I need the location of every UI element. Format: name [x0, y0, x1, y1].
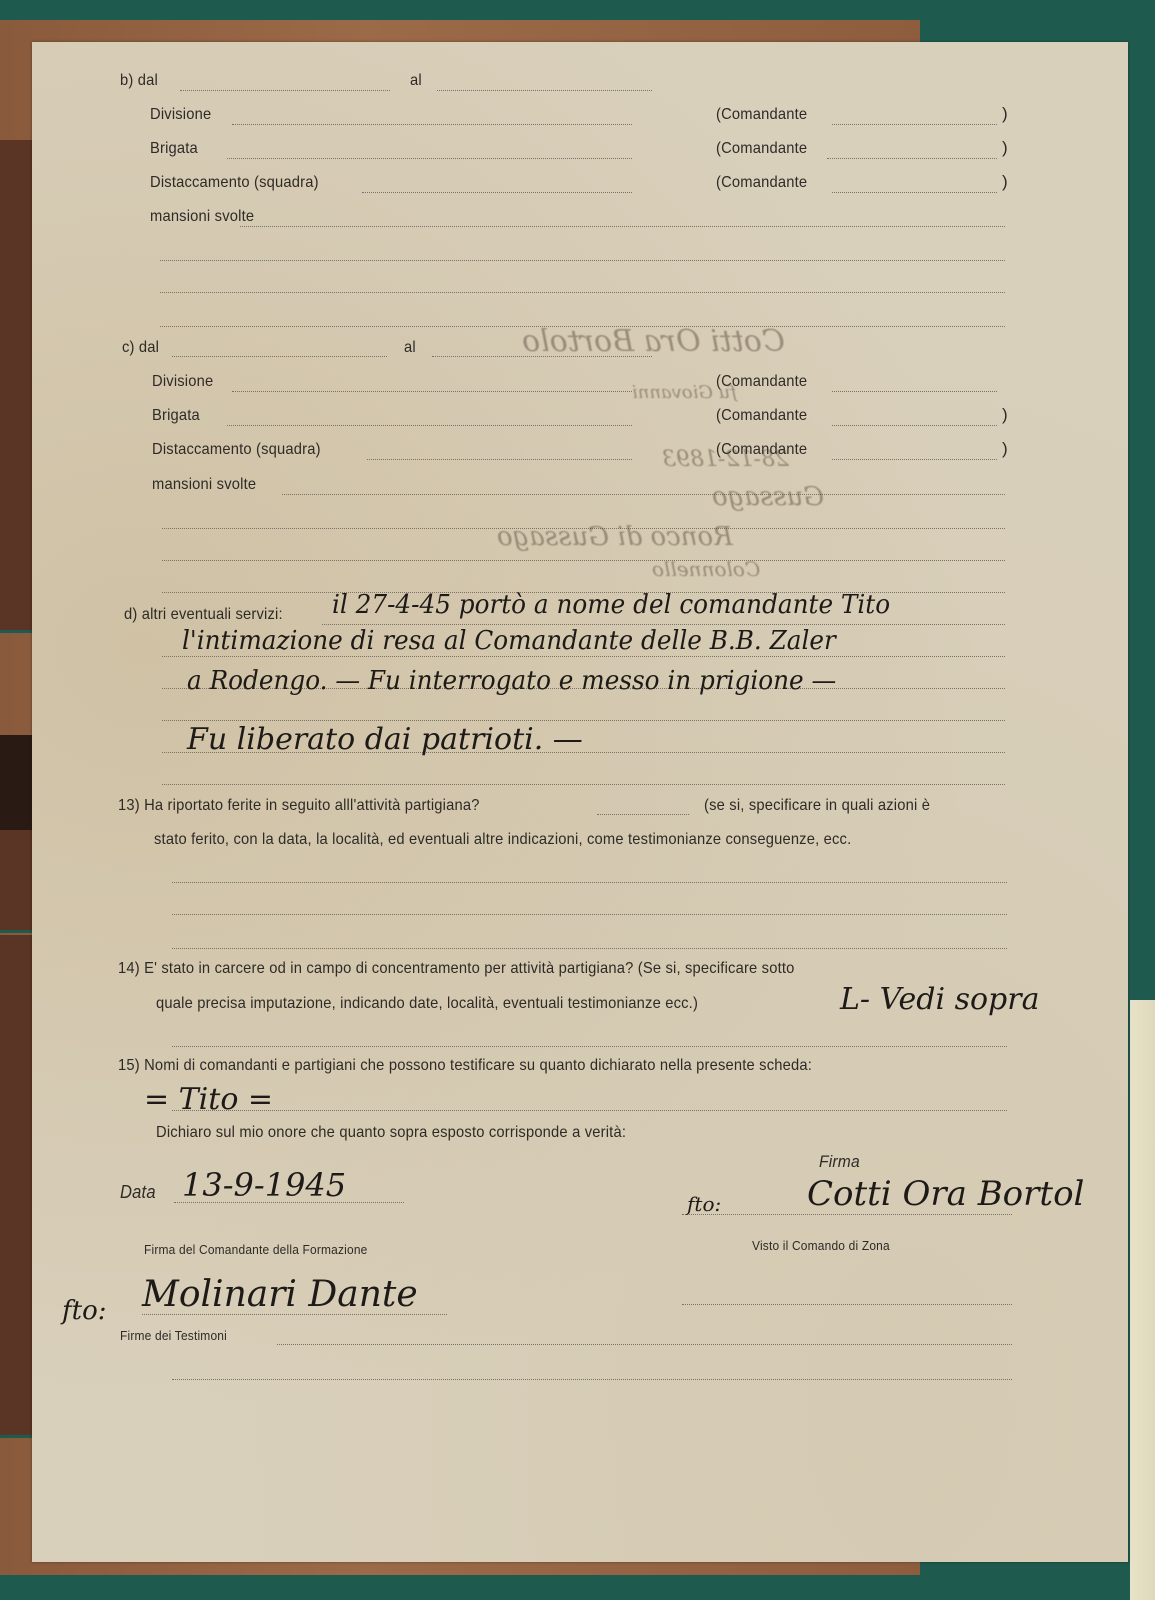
section-b-divisione-comandante-field[interactable]: [832, 124, 997, 125]
section-c-brigata-comandante-label: (Comandante: [716, 407, 807, 425]
close-paren: ): [1002, 172, 1008, 192]
form-page: b) dal al Divisione (Comandante ) Brigat…: [32, 42, 1128, 1562]
comandante-formazione-signature: Molinari Dante: [142, 1274, 418, 1315]
section-c-brigata-comandante-field[interactable]: [832, 425, 997, 426]
section-b-mansioni-line[interactable]: [160, 292, 1005, 293]
declaration-text: Dichiaro sul mio onore che quanto sopra …: [156, 1124, 626, 1142]
section-d-handwriting-line-2: l'intimazione di resa al Comandante dell…: [182, 626, 836, 656]
section-c-mansioni-line[interactable]: [162, 560, 1005, 561]
section-c-distaccamento-label: Distaccamento (squadra): [152, 441, 321, 459]
data-label: Data: [120, 1182, 156, 1203]
section-d-line[interactable]: [322, 624, 1005, 625]
close-paren: ): [1002, 405, 1008, 425]
visto-comando-zona-label: Visto il Comando di Zona: [752, 1238, 890, 1253]
section-b-mansioni-line[interactable]: [160, 260, 1005, 261]
q15-question: 15) Nomi di comandanti e partigiani che …: [118, 1057, 812, 1075]
close-paren: ): [1002, 104, 1008, 124]
section-b-distaccamento-field[interactable]: [362, 192, 632, 193]
testimoni-field-line[interactable]: [172, 1379, 1012, 1380]
section-c-divisione-field[interactable]: [232, 391, 632, 392]
section-b-dal-field[interactable]: [180, 90, 390, 91]
section-d-line[interactable]: [162, 656, 1005, 657]
section-c-brigata-label: Brigata: [152, 407, 200, 425]
section-c-divisione-comandante-field[interactable]: [832, 391, 997, 392]
section-b-al-field[interactable]: [437, 90, 652, 91]
visto-comando-zona-field[interactable]: [682, 1304, 1012, 1305]
close-paren: ): [1002, 138, 1008, 158]
section-b-divisione-label: Divisione: [150, 106, 211, 124]
section-d-handwriting-line-4: Fu liberato dai patrioti. —: [187, 722, 583, 757]
section-d-line[interactable]: [162, 720, 1005, 721]
comandante-formazione-label: Firma del Comandante della Formazione: [144, 1242, 368, 1257]
section-c-brigata-field[interactable]: [227, 425, 632, 426]
section-d-handwriting-line-1: il 27-4-45 portò a nome del comandante T…: [332, 590, 890, 620]
section-c-mansioni-field[interactable]: [282, 494, 1005, 495]
q13-question: 13) Ha riportato ferite in seguito alll'…: [118, 797, 480, 815]
section-c-distaccamento-comandante-field[interactable]: [832, 459, 997, 460]
section-c-mansioni-label: mansioni svolte: [152, 476, 256, 494]
section-c-distaccamento-field[interactable]: [367, 459, 632, 460]
section-c-dal-label: c) dal: [122, 339, 159, 357]
data-handwritten-value: 13-9-1945: [182, 1166, 346, 1204]
q13-question-line-2: stato ferito, con la data, la località, …: [154, 831, 851, 849]
bleed-through-text: Cotti Ora Bortolo: [522, 324, 785, 359]
firma-field[interactable]: [682, 1214, 1012, 1215]
background-object: [1130, 1000, 1155, 1600]
q13-question-continued: (se si, specificare in quali azioni è: [704, 797, 930, 815]
section-b-al-label: al: [410, 72, 422, 90]
q13-detail-line[interactable]: [172, 948, 1007, 949]
firma-signature: Cotti Ora Bortol: [807, 1174, 1084, 1214]
section-b-dal-label: b) dal: [120, 72, 158, 90]
section-c-divisione-label: Divisione: [152, 373, 213, 391]
q14-question-line-2: quale precisa imputazione, indicando dat…: [156, 995, 698, 1013]
bleed-through-text: 28-12-1893: [662, 447, 789, 472]
q13-detail-line[interactable]: [172, 914, 1007, 915]
testimoni-field[interactable]: [277, 1344, 1012, 1345]
q15-handwritten-answer: = Tito =: [144, 1082, 273, 1117]
section-b-mansioni-field[interactable]: [240, 226, 1005, 227]
section-d-line[interactable]: [162, 784, 1005, 785]
q14-handwritten-answer: L- Vedi sopra: [840, 982, 1039, 1017]
q13-detail-line[interactable]: [172, 882, 1007, 883]
q15-detail-line[interactable]: [172, 1110, 1007, 1111]
section-b-distaccamento-label: Distaccamento (squadra): [150, 174, 319, 192]
bleed-through-text: Ronco di Gussago: [497, 522, 733, 552]
bleed-through-text: fu Giovanni: [632, 382, 737, 403]
section-b-distaccamento-comandante-label: (Comandante: [716, 174, 807, 192]
section-b-brigata-field[interactable]: [227, 158, 632, 159]
comandante-formazione-prefix: fto:: [62, 1296, 106, 1326]
bleed-through-text: Gussago: [712, 482, 824, 512]
q13-answer-field[interactable]: [597, 814, 689, 815]
section-b-divisione-comandante-label: (Comandante: [716, 106, 807, 124]
q14-question: 14) E' stato in carcere od in campo di c…: [118, 960, 795, 978]
section-c-dal-field[interactable]: [172, 356, 387, 357]
firma-prefix: fto:: [687, 1192, 721, 1216]
section-b-brigata-comandante-label: (Comandante: [716, 140, 807, 158]
section-d-label: d) altri eventuali servizi:: [124, 606, 283, 624]
section-c-al-label: al: [404, 339, 416, 357]
section-d-handwriting-line-3: a Rodengo. — Fu interrogato e messo in p…: [187, 666, 836, 696]
section-b-mansioni-label: mansioni svolte: [150, 208, 254, 226]
section-b-distaccamento-comandante-field[interactable]: [832, 192, 997, 193]
bleed-through-text: Colonnello: [652, 557, 760, 581]
testimoni-label: Firme dei Testimoni: [120, 1328, 227, 1343]
section-b-brigata-comandante-field[interactable]: [827, 158, 997, 159]
close-paren: ): [1002, 439, 1008, 459]
q14-detail-line[interactable]: [172, 1046, 1007, 1047]
section-b-divisione-field[interactable]: [232, 124, 632, 125]
firma-label: Firma: [819, 1152, 860, 1172]
section-b-brigata-label: Brigata: [150, 140, 198, 158]
